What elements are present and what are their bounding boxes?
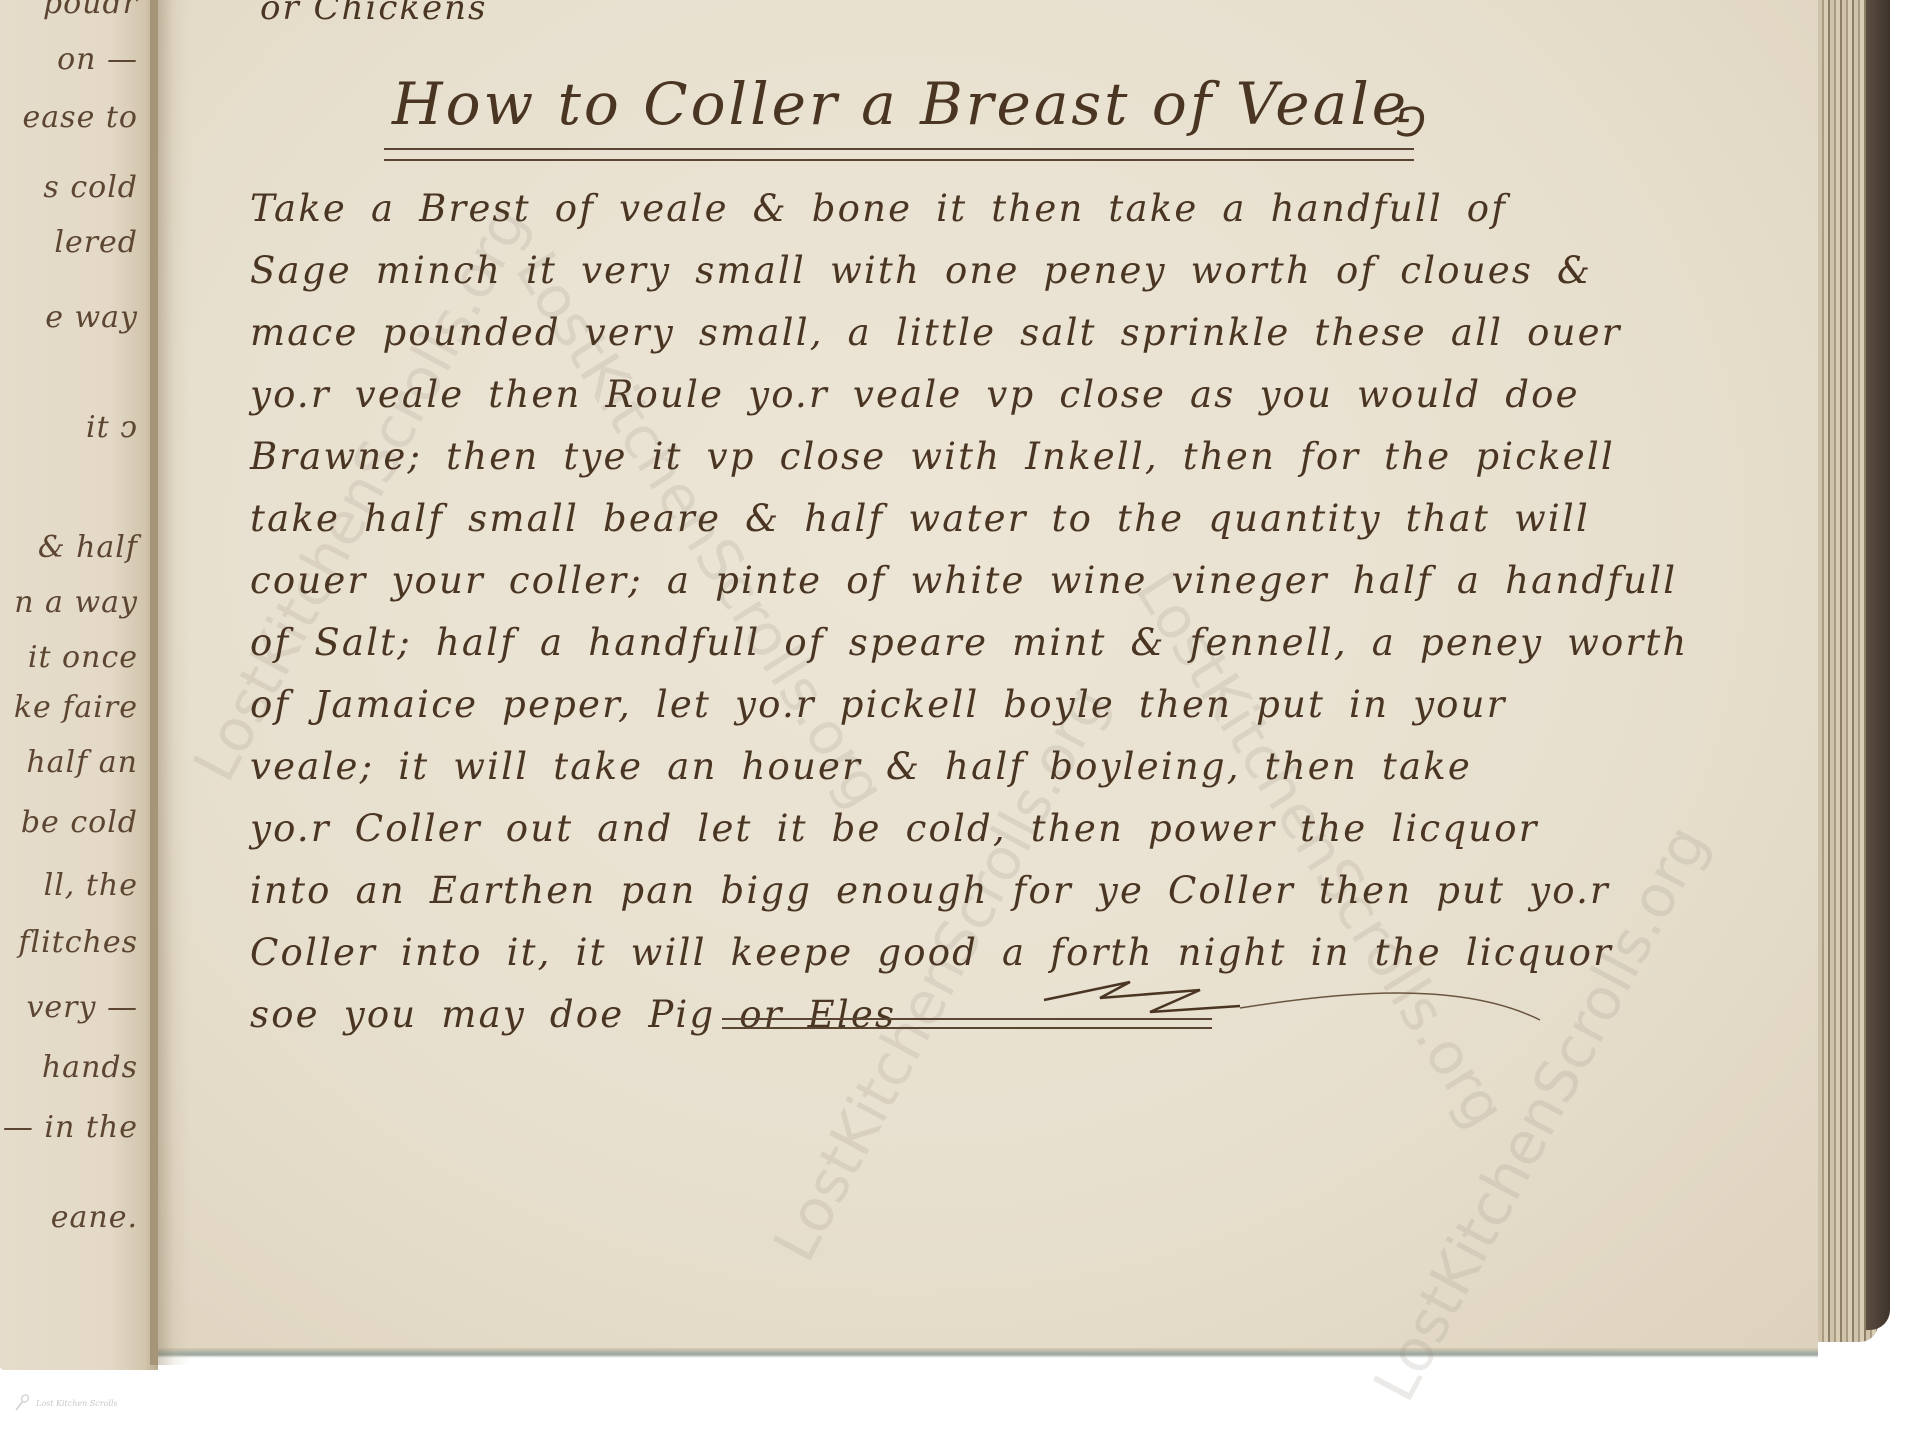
left-page: poudr on — ease to s cold lered e way it… [0,0,158,1370]
site-logo: Lost Kitchen Scrolls [14,1394,118,1412]
recipe-line: couer your coller; a pinte of white wine… [250,550,1820,612]
left-fragment: poudr [43,0,138,21]
left-fragment: it once [28,640,138,675]
left-fragment: e way [45,300,138,335]
recipe-line: into an Earthen pan bigg enough for ye C… [250,860,1820,922]
previous-recipe-tail: or Chickens [260,0,487,28]
left-fragment: half an [26,745,138,780]
left-fragment: it ↄ [86,410,138,445]
recipe-body: Take a Brest of veale & bone it then tak… [250,178,1820,1046]
logo-label: Lost Kitchen Scrolls [36,1399,118,1408]
manuscript-scan: poudr on — ease to s cold lered e way it… [0,0,1920,1430]
spatula-icon [14,1394,30,1412]
left-fragment: flitches [18,925,138,960]
left-fragment: ll, the [44,868,138,903]
recipe-title: How to Coller a Breast of Veale [392,70,1409,138]
recipe-line: soe you may doe Pig or Eles [250,984,1820,1046]
left-fragment: & half [38,530,138,565]
recipe-line: Brawne; then tye it vp close with Inkell… [250,426,1820,488]
recipe-line: Sage minch it very small with one peney … [250,240,1820,302]
recipe-line: take half small beare & half water to th… [250,488,1820,550]
left-fragment: — in the [3,1110,138,1145]
left-fragment: ke faire [14,690,138,725]
recipe-line: yo.r Coller out and let it be cold, then… [250,798,1820,860]
closing-flourish-icon [1040,972,1560,1032]
left-fragment: very — [26,990,138,1025]
left-fragment: on — [57,42,138,77]
left-fragment: eane. [51,1200,138,1235]
recipe-line: mace pounded very small, a little salt s… [250,302,1820,364]
title-underline [384,148,1414,161]
title-flourish-icon: ⅁ [1395,100,1426,146]
left-fragment: s cold [43,170,138,205]
recipe-line: of Salt; half a handfull of speare mint … [250,612,1820,674]
left-fragment: n a way [14,585,138,620]
left-fragment: lered [54,225,138,260]
recipe-line: Coller into it, it will keepe good a for… [250,922,1820,984]
left-fragment: ease to [23,100,138,135]
left-fragment: hands [42,1050,138,1085]
recipe-line: Take a Brest of veale & bone it then tak… [250,178,1820,240]
page-bottom-edge [158,1348,1818,1358]
recipe-line: veale; it will take an houer & half boyl… [250,736,1820,798]
book-gutter [150,0,190,1365]
left-fragment: be cold [21,805,138,840]
recipe-line: yo.r veale then Roule yo.r veale vp clos… [250,364,1820,426]
recipe-line: of Jamaice peper, let yo.r pickell boyle… [250,674,1820,736]
book-cover-edge [1866,0,1890,1330]
